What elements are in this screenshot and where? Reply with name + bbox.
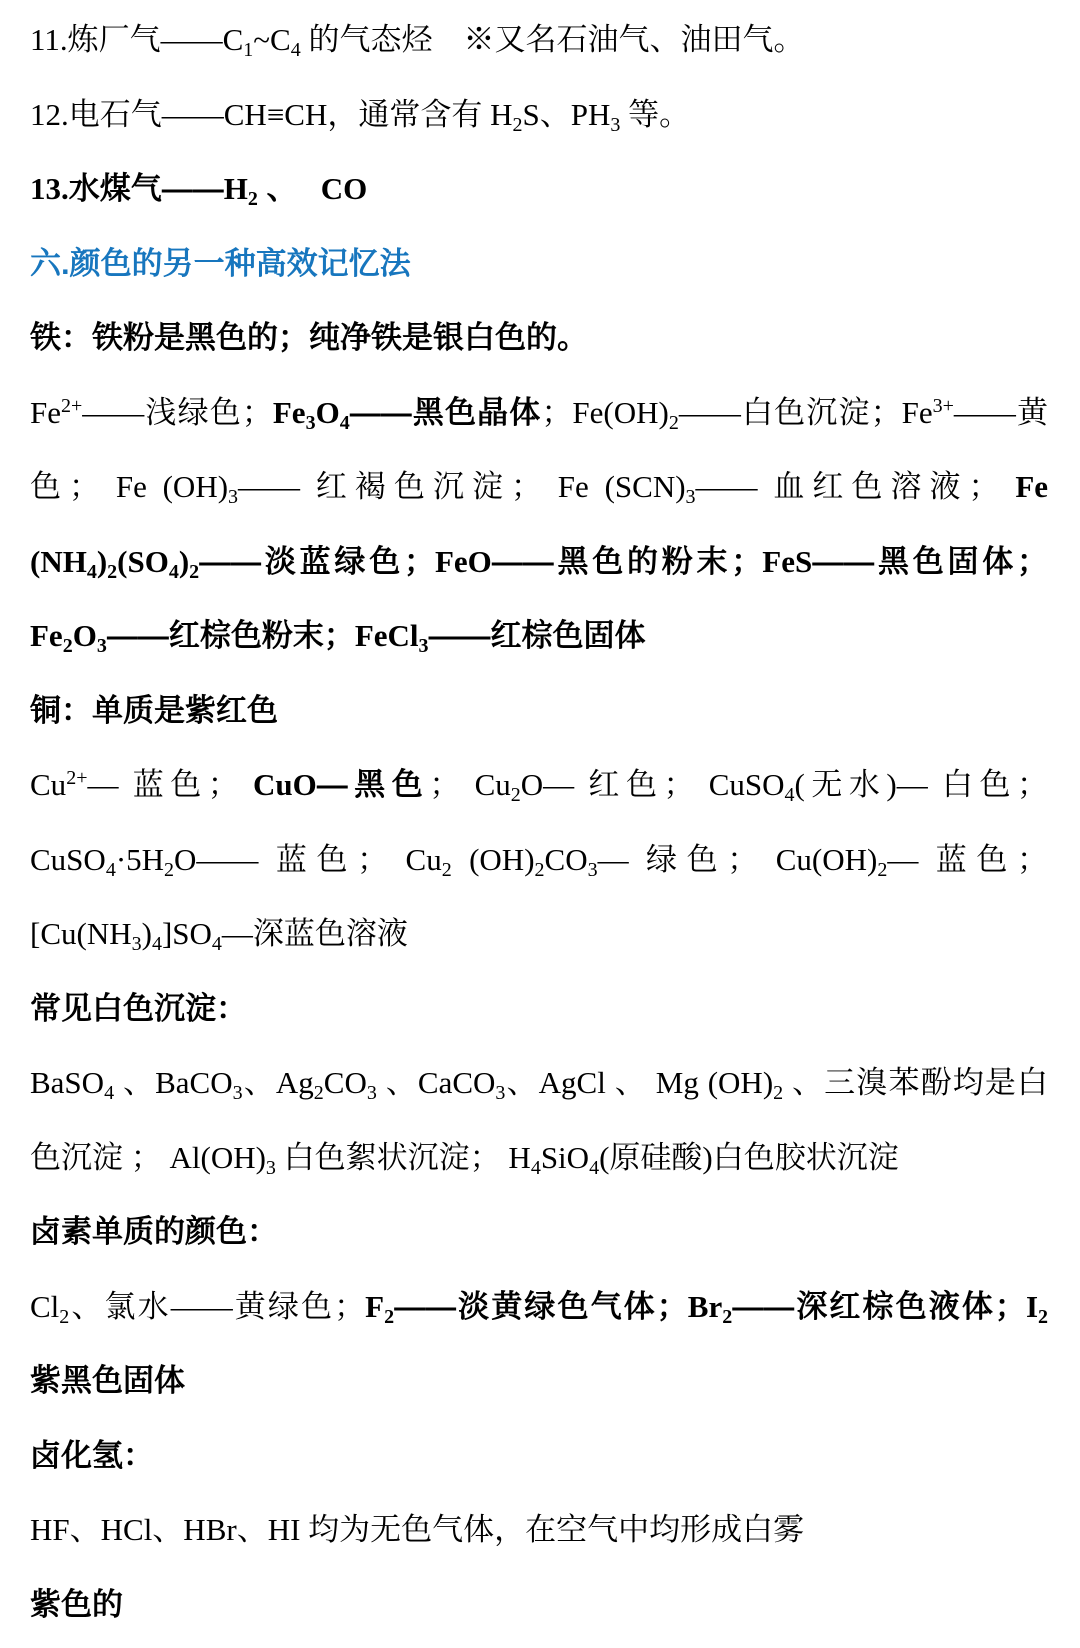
text-run: 、CaCO <box>377 1065 496 1100</box>
text-run: ——黑色固体； <box>812 544 1048 579</box>
text-run: 2 <box>164 859 174 881</box>
line-halogen-colors-2: 紫黑色固体 <box>30 1344 1048 1419</box>
text-run: — 绿色； Cu(OH) <box>598 842 878 877</box>
text-run: 水煤气—— <box>69 171 224 206</box>
line-hydrogen-halides-heading: 卤化氢： <box>30 1419 1048 1494</box>
text-run: 3 <box>233 1082 243 1104</box>
text-run: 3 <box>686 486 696 508</box>
text-run: FeS <box>762 544 812 579</box>
text-run: 4 <box>340 412 350 434</box>
text-run: —— 红褐色沉淀； Fe (SCN) <box>238 469 686 504</box>
line-iron-colors-2: 色； Fe (OH)3—— 红褐色沉淀； Fe (SCN)3—— 血红色溶液； … <box>30 450 1048 525</box>
text-run: O <box>316 395 340 430</box>
text-run: [Cu(NH <box>30 916 132 951</box>
text-run: 2 <box>442 859 452 881</box>
text-run: (原硅酸)白色胶状沉淀 <box>599 1140 899 1175</box>
line-copper-heading: 铜：单质是紫红色 <box>30 674 1048 749</box>
text-run: 3 <box>266 1157 276 1179</box>
text-run: — 蓝色； <box>87 767 253 802</box>
text-run: CO <box>282 171 367 206</box>
text-run: 、AgCl 、 Mg (OH) <box>505 1065 773 1100</box>
text-run: 2 <box>63 635 73 657</box>
text-run: (OH) <box>452 842 535 877</box>
text-run: CuO <box>253 767 317 802</box>
text-run: 3 <box>419 635 429 657</box>
line-white-precipitates-1: BaSO4 、BaCO3、Ag2CO3 、CaCO3、AgCl 、 Mg (OH… <box>30 1046 1048 1121</box>
line-iron-colors-1: Fe2+——浅绿色；Fe3O4——黑色晶体；Fe(OH)2——白色沉淀；Fe3+… <box>30 376 1048 451</box>
text-run: 等。 <box>620 97 690 132</box>
text-run: O—— 蓝色； Cu <box>174 842 442 877</box>
line-iron-colors-3: (NH4)2(SO4)2——淡蓝绿色；FeO——黑色的粉末；FeS——黑色固体； <box>30 525 1048 600</box>
text-run: 2 <box>669 412 679 434</box>
text-run: 4 <box>169 561 179 583</box>
text-run: ——黑色的粉末； <box>492 544 763 579</box>
text-run: 白色絮状沉淀； H <box>276 1140 531 1175</box>
line-copper-colors-2: CuSO4·5H2O—— 蓝色； Cu2 (OH)2CO3— 绿色； Cu(OH… <box>30 823 1048 898</box>
text-run: 3 <box>306 412 316 434</box>
text-run: ——深红棕色液体； <box>732 1289 1026 1324</box>
text-run: O <box>73 618 97 653</box>
text-run: —深蓝色溶液 <box>222 916 408 951</box>
text-run: 2 <box>535 859 545 881</box>
text-run: ——红棕色粉末； <box>107 618 355 653</box>
text-run: CuSO <box>30 842 106 877</box>
text-run: 色沉淀 ； Al(OH) <box>30 1140 266 1175</box>
text-run: Cl <box>30 1289 59 1324</box>
text-run: 2+ <box>61 395 82 417</box>
text-run: ]SO <box>162 916 212 951</box>
text-run: 、氯水——黄绿色； <box>69 1289 365 1324</box>
text-run: 、Ag <box>243 1065 314 1100</box>
text-run: 、三溴苯酚均是白 <box>783 1065 1048 1100</box>
text-run: 13. <box>30 171 69 206</box>
text-run: —黑色 <box>317 767 430 802</box>
text-run: 铜：单质是紫红色 <box>30 693 278 728</box>
text-run: ——黄 <box>954 395 1048 430</box>
line-hydrogen-halides-1: HF、HCl、HBr、HI 均为无色气体，在空气中均形成白雾 <box>30 1493 1048 1568</box>
text-run: ——浅绿色； <box>82 395 273 430</box>
text-run: ) <box>179 544 189 579</box>
line-iron-colors-4: Fe2O3——红棕色粉末；FeCl3——红棕色固体 <box>30 599 1048 674</box>
text-run: 3 <box>97 635 107 657</box>
text-run: 2 <box>248 188 258 210</box>
text-run: 2 <box>511 784 521 806</box>
text-run: 、BaCO <box>114 1065 233 1100</box>
text-run: S、PH <box>523 97 611 132</box>
text-run: 的气态烃 ※又名石油气、油田气。 <box>301 22 805 57</box>
text-run: 2 <box>59 1306 69 1328</box>
text-run: 4 <box>531 1157 541 1179</box>
text-run: Fe <box>1015 469 1048 504</box>
text-run: SiO <box>541 1140 589 1175</box>
text-run: Fe <box>30 395 61 430</box>
line-halogen-colors-heading: 卤素单质的颜色： <box>30 1195 1048 1270</box>
text-run: 4 <box>212 933 222 955</box>
text-run: 4 <box>104 1082 114 1104</box>
text-run: Fe <box>273 395 306 430</box>
text-run: HF、HCl、HBr、HI 均为无色气体，在空气中均形成白雾 <box>30 1512 804 1547</box>
text-run: 3+ <box>933 395 954 417</box>
line-purple-heading: 紫色的 <box>30 1568 1048 1643</box>
text-run: ——白色沉淀；Fe <box>679 395 933 430</box>
text-run: ) <box>142 916 152 951</box>
text-run: 2 <box>107 561 117 583</box>
text-run: 12.电石气——CH≡CH，通常含有 H <box>30 97 513 132</box>
text-run: ；Fe(OH) <box>541 395 668 430</box>
text-run: 卤素单质的颜色： <box>30 1214 278 1249</box>
text-run: ) <box>97 544 107 579</box>
text-run: ——黑色晶体 <box>350 395 542 430</box>
text-run: (无水)— 白色； <box>795 767 1048 802</box>
text-run: 常见白色沉淀： <box>30 991 247 1026</box>
text-run: 3 <box>495 1082 505 1104</box>
text-run: ~C <box>253 22 290 57</box>
text-run: Fe <box>30 618 63 653</box>
line-white-precipitates-heading: 常见白色沉淀： <box>30 972 1048 1047</box>
text-run: 3 <box>132 933 142 955</box>
text-run: 2 <box>513 114 523 136</box>
text-run: 六.颜色的另一种高效记忆法 <box>30 246 411 281</box>
text-run: 11.炼厂气——C <box>30 22 243 57</box>
line-halogen-colors-1: Cl2、氯水——黄绿色；F2——淡黄绿色气体；Br2——深红棕色液体；I2—— <box>30 1270 1048 1345</box>
text-run: 4 <box>106 859 116 881</box>
text-run: 2 <box>384 1306 394 1328</box>
section-heading-color-memory: 六.颜色的另一种高效记忆法 <box>30 227 1048 302</box>
text-run: 3 <box>588 859 598 881</box>
text-run: 紫色的 <box>30 1587 123 1622</box>
text-run: 4 <box>87 561 97 583</box>
text-run: FeO <box>435 544 492 579</box>
text-run: —— 血红色溶液； <box>696 469 1016 504</box>
line-copper-colors-3: [Cu(NH3)4]SO4—深蓝色溶液 <box>30 897 1048 972</box>
line-white-precipitates-2: 色沉淀 ； Al(OH)3 白色絮状沉淀； H4SiO4(原硅酸)白色胶状沉淀 <box>30 1121 1048 1196</box>
text-run: ·5H <box>116 842 164 877</box>
text-run: 铁：铁粉是黑色的；纯净铁是银白色的。 <box>30 320 588 355</box>
text-run: F <box>365 1289 384 1324</box>
line-copper-colors-1: Cu2+— 蓝色； CuO—黑色； Cu2O— 红色； CuSO4(无水)— 白… <box>30 748 1048 823</box>
text-run: Br <box>688 1289 722 1324</box>
text-run: FeCl <box>355 618 419 653</box>
line-item-13-water-gas: 13.水煤气——H2 、 CO <box>30 152 1048 227</box>
text-run: 4 <box>291 39 301 61</box>
text-run: (NH <box>30 544 87 579</box>
text-run: ； Cu <box>429 767 510 802</box>
text-run: 2 <box>773 1082 783 1104</box>
document-page: 11.炼厂气——C1~C4 的气态烃 ※又名石油气、油田气。12.电石气——CH… <box>0 0 1080 1648</box>
text-run: O— 红色； CuSO <box>521 767 785 802</box>
text-run: 3 <box>367 1082 377 1104</box>
text-run: I <box>1026 1289 1038 1324</box>
text-run: 2 <box>314 1082 324 1104</box>
text-run: 2+ <box>66 767 87 789</box>
text-run: 紫黑色固体 <box>30 1363 185 1398</box>
line-item-11-refinery-gas: 11.炼厂气——C1~C4 的气态烃 ※又名石油气、油田气。 <box>30 3 1048 78</box>
line-iron-heading: 铁：铁粉是黑色的；纯净铁是银白色的。 <box>30 301 1048 376</box>
text-run: 2 <box>189 561 199 583</box>
text-run: Cu <box>30 767 66 802</box>
text-run: 2 <box>877 859 887 881</box>
text-run: 卤化氢： <box>30 1438 154 1473</box>
text-run: 色； Fe (OH) <box>30 469 228 504</box>
line-item-12-calcium-carbide-gas: 12.电石气——CH≡CH，通常含有 H2S、PH3 等。 <box>30 78 1048 153</box>
text-run: (SO <box>117 544 169 579</box>
text-run: 3 <box>228 486 238 508</box>
text-run: BaSO <box>30 1065 104 1100</box>
text-run: 4 <box>589 1157 599 1179</box>
text-run: 4 <box>152 933 162 955</box>
text-run: H <box>224 171 248 206</box>
text-run: — 蓝色； <box>887 842 1048 877</box>
text-run: ——淡黄绿色气体； <box>394 1289 688 1324</box>
text-run: 、 <box>258 171 282 206</box>
text-run: 4 <box>785 784 795 806</box>
text-run: CO <box>545 842 588 877</box>
text-run: 1 <box>243 39 253 61</box>
text-run: CO <box>324 1065 367 1100</box>
text-run: ——红棕色固体 <box>429 618 646 653</box>
document-body: 11.炼厂气——C1~C4 的气态烃 ※又名石油气、油田气。12.电石气——CH… <box>30 3 1048 1642</box>
text-run: 3 <box>610 114 620 136</box>
text-run: ——淡蓝绿色； <box>199 544 435 579</box>
text-run: 2 <box>722 1306 732 1328</box>
text-run: 2 <box>1038 1306 1048 1328</box>
